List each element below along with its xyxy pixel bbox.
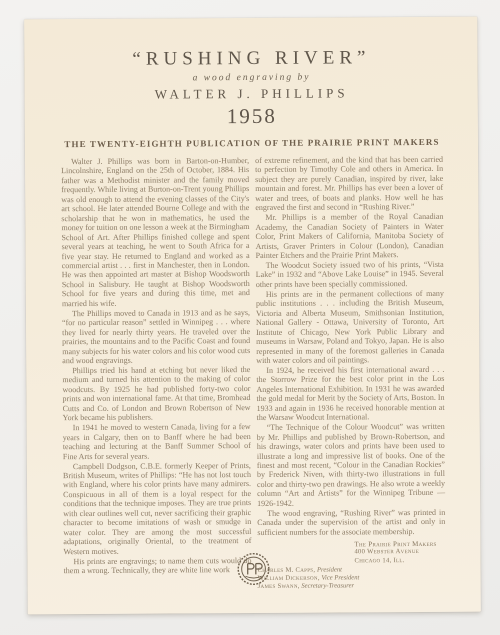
artist-name: WALTER J. PHILLIPS [61,85,443,103]
body-paragraph: The Woodcut Society issued two of his pr… [256,260,444,290]
publisher-name: The Prairie Print Makers [354,540,445,549]
body-paragraph: His prints are in the permanent collecti… [256,289,444,366]
officer-title: Vice President [321,574,359,581]
document-page: “RUSHING RIVER” a wood engraving by WALT… [24,17,481,615]
publisher-city: Chicago 14, Ill. [354,556,445,565]
body-paragraph: In 1941 he moved to western Canada, livi… [63,422,251,461]
officer-title: President [317,566,342,573]
body-paragraph: Phillips tried his hand at etching but n… [62,365,250,423]
officer-title: Secretary-Treasurer [301,583,354,590]
body-paragraph: Walter J. Phillips was born in Barton-on… [61,156,250,308]
page-title: “RUSHING RIVER” [60,47,442,71]
prairie-print-makers-seal-icon [235,551,271,587]
page-subtitle: a wood engraving by [61,72,443,84]
left-column: Walter J. Phillips was born in Barton-on… [61,156,252,592]
body-paragraph: The Phillips moved to Canada in 1913 and… [62,308,250,366]
credits-block: The Prairie Print Makers 400 Webster Ave… [257,540,445,591]
publication-year: 1958 [61,103,443,130]
right-column: of extreme refinement, and the kind that… [255,155,446,591]
publisher-address: The Prairie Print Makers 400 Webster Ave… [354,540,445,565]
publication-banner: THE TWENTY-EIGHTH PUBLICATION OF THE PRA… [61,137,443,149]
page-content: “RUSHING RIVER” a wood engraving by WALT… [60,47,445,593]
body-paragraph: His prints are engravings; to name them … [63,556,251,576]
heading-block: “RUSHING RIVER” a wood engraving by WALT… [60,47,443,149]
officer-line: James Swann, Secretary-Treasurer [258,582,446,591]
body-paragraph: Mr. Phillips is a member of the Royal Ca… [255,212,443,260]
body-paragraph: The wood engraving, “Rushing River” was … [257,508,445,538]
body-paragraph: Campbell Dodgson, C.B.E. formerly Keeper… [63,461,252,557]
body-paragraph: “The Technique of the Colour Woodcut” wa… [257,422,446,508]
body-paragraph: In 1924, he received his first internati… [256,365,444,423]
body-columns: Walter J. Phillips was born in Barton-on… [61,155,446,593]
body-paragraph-continuation: of extreme refinement, and the kind that… [255,155,443,213]
officers-list: Charles M. Capps, President William Dick… [258,566,446,592]
